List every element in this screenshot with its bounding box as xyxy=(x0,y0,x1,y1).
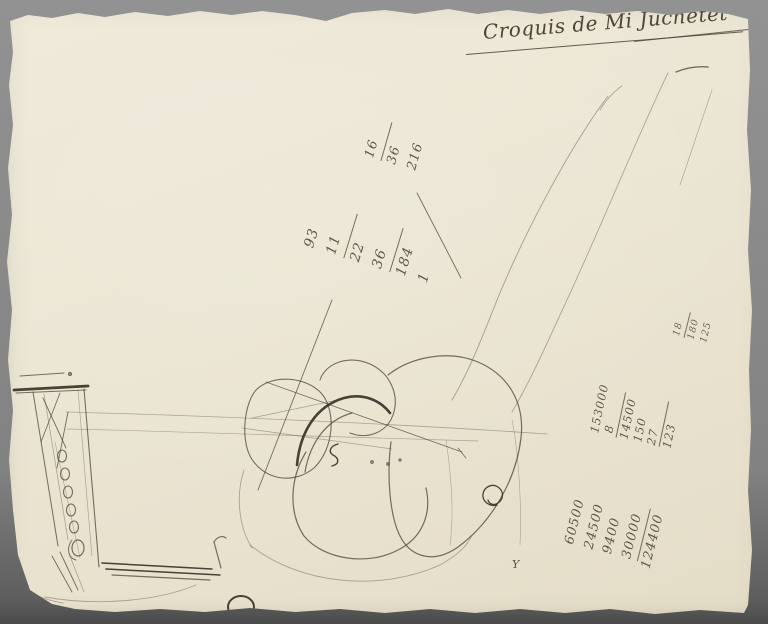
circle-mark xyxy=(228,596,254,618)
bead-chain xyxy=(58,450,85,560)
pedestal-sketch xyxy=(7,373,196,603)
hatching xyxy=(102,537,226,580)
spiral-mark xyxy=(483,485,503,505)
paper-sheet: Croquis de Mi Juchetet 16 36 216 93 11 2… xyxy=(0,0,768,624)
scanned-sketch-page: Croquis de Mi Juchetet 16 36 216 93 11 2… xyxy=(0,0,768,624)
y-mark: Y xyxy=(512,558,519,571)
flower-sketch xyxy=(239,356,521,581)
sweeping-curves xyxy=(446,67,712,545)
